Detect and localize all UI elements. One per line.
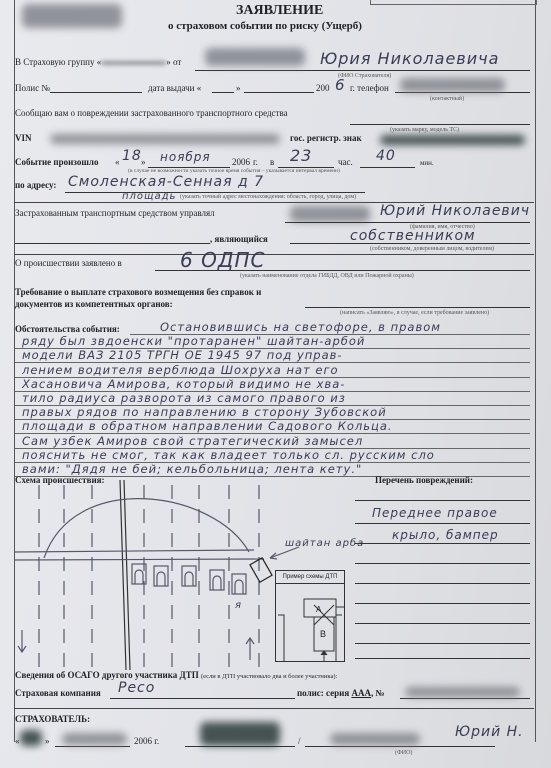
issue-year-prefix: 200 — [316, 83, 330, 93]
osago-company-label: Страховая компания — [15, 688, 101, 698]
redacted-surname — [205, 48, 305, 66]
circumstances-line: модели ВАЗ 2105 ТРГН ОЕ 1945 97 под упра… — [22, 348, 343, 362]
form-subtitle: о страховом событии по риску (Ущерб) — [168, 20, 362, 32]
issue-date-quote: » — [236, 83, 241, 93]
damages-line — [355, 623, 530, 624]
event-year-suffix: г. — [253, 157, 258, 167]
redacted-signature-day[interactable] — [20, 730, 42, 746]
redacted-vin[interactable] — [50, 134, 280, 144]
vehicle-report-label: Сообщаю вам о повреждении застрахованног… — [15, 108, 288, 118]
vehicle-model-caption: (указать марку, модель ТС) — [390, 127, 459, 133]
circumstances-line: лением водителя верблюда Шохруха нат его — [22, 363, 339, 377]
damages-value-line2[interactable]: крыло, бампер — [392, 528, 499, 542]
applicant-name-line — [195, 70, 530, 71]
driver-name[interactable]: Юрий Николаевич — [380, 203, 530, 219]
event-hour[interactable]: 23 — [290, 146, 312, 165]
damages-line — [355, 543, 530, 544]
circumstances-line: правых рядов по направлению в сторону Зу… — [22, 405, 387, 419]
claim-label-line1: Требование о выплате страхового возмещен… — [15, 287, 261, 297]
osago-policy-number-label: , № — [371, 688, 385, 698]
damages-line — [355, 643, 530, 644]
circumstances-line: Остановившись на светофоре, в правом — [160, 320, 441, 334]
plate-label: гос. регистр. знак — [290, 133, 362, 143]
osago-label-text: Сведения об ОСАГО другого участника ДТП — [15, 670, 199, 680]
circumstances-line: Сам узбек Амиров свой стратегический зам… — [22, 434, 363, 448]
insurer-label-start: В Страховую группу « — [15, 57, 101, 67]
signature-year: 2006 г. — [134, 736, 159, 746]
signature-name[interactable]: Юрий Н. — [455, 724, 524, 740]
insurer-label-end: » от — [166, 57, 181, 67]
address-value-line2: площадь — [122, 191, 176, 202]
osago-policy-label: полис: серия ААА, № — [297, 688, 385, 698]
example-scheme-title: Пример схемы ДТП — [276, 571, 344, 584]
osago-policy-number-field[interactable] — [400, 698, 530, 699]
phone-field[interactable] — [395, 92, 530, 93]
circumstances-line: тило радиуса разворота из самого правого… — [22, 391, 346, 405]
damages-label: Перечень повреждений: — [375, 475, 473, 485]
osago-company-line — [110, 698, 295, 699]
event-hour-label: час. — [338, 157, 353, 167]
circumstances-line: вами: "Дядя не бей; кельбольница; лента … — [22, 462, 362, 476]
address-caption: (указать точный адрес местонахождения: о… — [180, 194, 356, 200]
driver-extra-line[interactable] — [15, 243, 210, 244]
osago-label-note: (если в ДТП участвовало два и более учас… — [201, 673, 337, 680]
signature-month-line — [55, 746, 130, 747]
damages-line — [355, 603, 530, 604]
example-label-b: В — [320, 629, 326, 639]
issue-month-field[interactable] — [244, 92, 314, 93]
damages-line — [355, 658, 530, 659]
event-year: 2006 — [232, 157, 250, 167]
address-value[interactable]: Смоленская-Сенная д 7 — [68, 174, 264, 190]
driver-name-line — [285, 222, 530, 223]
phone-caption: (контактный) — [430, 96, 464, 102]
event-label: Событие произошло — [15, 157, 98, 167]
osago-label: Сведения об ОСАГО другого участника ДТП … — [15, 670, 337, 680]
applicant-name-caption: (ФИО Страхователя) — [338, 73, 391, 79]
vehicle-model-field[interactable] — [350, 124, 530, 125]
claim-caption: (написать «Заявляю», в случае, если треб… — [340, 310, 489, 316]
report-caption: (указать наименование отдела ГИБДД, ОВД … — [240, 273, 414, 279]
event-month[interactable]: ноября — [160, 150, 211, 164]
driver-role[interactable]: собственником — [350, 228, 476, 244]
scheme-annotation: шайтан арба — [285, 538, 364, 549]
driver-being-label: , являющийся — [210, 234, 268, 244]
scheme-me-label: я — [235, 600, 242, 611]
address-label: по адресу: — [15, 180, 56, 190]
redacted-plate[interactable] — [380, 135, 525, 145]
event-minute-label: мин. — [420, 159, 434, 167]
damages-line — [355, 563, 530, 564]
signature-name-line — [305, 746, 495, 747]
divider — [14, 708, 534, 709]
report-label: О происшествии заявлено в — [15, 258, 122, 268]
damages-line — [355, 500, 530, 501]
driver-label: Застрахованным транспортным средством уп… — [15, 208, 215, 218]
example-scheme-box: Пример схемы ДТП А В — [275, 570, 345, 662]
circumstances-line: Хасановича Амирова, который видимо не хв… — [22, 377, 345, 391]
phone-label: г. телефон — [350, 83, 389, 93]
circumstances-line: ряду был звдоенски "протаранен" шайтан-а… — [22, 334, 365, 348]
issue-year-digit[interactable]: 6 — [335, 76, 346, 94]
claim-label-line2: документов из компетентных органов: — [15, 299, 173, 309]
redacted-driver-surname — [290, 206, 370, 222]
driver-role-caption: (собственником, доверенным лицом, водите… — [370, 246, 494, 252]
event-day-quote-close: » — [141, 157, 146, 167]
address-line — [65, 192, 365, 193]
redacted-signature[interactable] — [200, 722, 280, 746]
insurer-label: В Страховую группу «» от — [15, 57, 181, 67]
redacted-signature-month[interactable] — [62, 733, 127, 745]
event-day-quote: « — [115, 157, 120, 167]
redacted-policy-number — [405, 687, 520, 697]
applicant-name[interactable]: Юрия Николаевича — [320, 49, 499, 68]
circumstances-line: площади в обратном направлении Садового … — [22, 419, 393, 433]
signature-date-close: » — [45, 736, 50, 746]
form-title: ЗАЯВЛЕНИЕ — [236, 3, 323, 19]
damages-value-line1[interactable]: Переднее правое — [372, 506, 498, 520]
circumstances-line: пояснить не смог, так как владеет только… — [22, 448, 435, 462]
osago-policy-series: ААА — [351, 688, 371, 698]
damages-line — [355, 583, 530, 584]
insurance-claim-form: ЗАЯВЛЕНИЕ о страховом событии по риску (… — [0, 0, 551, 768]
signature-line — [185, 746, 295, 747]
redacted-signature-name — [330, 733, 420, 745]
redacted-phone — [400, 78, 505, 92]
example-label-a: А — [316, 605, 322, 614]
osago-policy-series-label: полис: серия — [297, 688, 349, 698]
divider — [14, 254, 534, 255]
vin-label: VIN — [15, 133, 32, 143]
example-scheme-diagram: А В — [276, 585, 344, 661]
issue-day-field[interactable] — [212, 92, 234, 93]
report-value[interactable]: 6 ОДПС — [180, 248, 265, 272]
event-day[interactable]: 18 — [122, 148, 142, 164]
policy-field[interactable] — [50, 92, 142, 93]
event-minute-line — [360, 167, 415, 168]
signature-date-open: « — [15, 736, 20, 746]
damages-line — [355, 523, 530, 524]
osago-company-value[interactable]: Ресо — [118, 680, 155, 696]
signature-label: СТРАХОВАТЕЛЬ: — [15, 714, 90, 724]
event-at: в — [270, 157, 274, 167]
top-stamp-box — [370, 0, 537, 5]
signature-slash: / — [298, 736, 301, 746]
issue-date-label: дата выдачи « — [148, 83, 201, 93]
policy-label: Полис № — [15, 83, 50, 93]
event-minute[interactable]: 40 — [376, 148, 396, 164]
circumstances-label: Обстоятельства события: — [15, 324, 120, 334]
signature-name-caption: (ФИО) — [395, 750, 412, 756]
claim-field[interactable] — [305, 307, 530, 308]
redacted-logo — [22, 4, 122, 28]
